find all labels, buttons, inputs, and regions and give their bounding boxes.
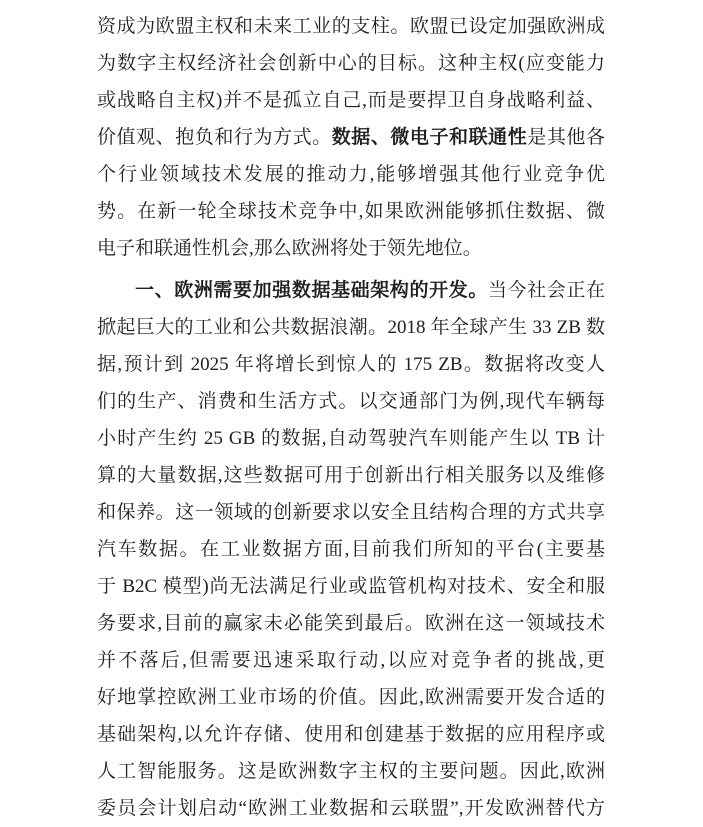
text-line: 和保养。这一领域的创新要求以安全且结构合理的方式共享 [97, 494, 605, 531]
body-text: 务要求,目前的赢家未必能笑到最后。欧洲在这一领域技术 [97, 613, 605, 634]
document-page: 资成为欧盟主权和未来工业的支柱。欧盟已设定加强欧洲成为数字主权经济社会创新中心的… [0, 0, 703, 827]
text-line: 于 B2C 模型)尚无法满足行业或监管机构对技术、安全和服 [97, 568, 605, 605]
body-text: 于 B2C 模型)尚无法满足行业或监管机构对技术、安全和服 [97, 576, 605, 597]
text-line: 势。在新一轮全球技术竞争中,如果欧洲能够抓住数据、微 [97, 193, 605, 230]
body-text: 电子和联通性机会,那么欧洲将处于领先地位。 [97, 238, 482, 259]
text-line: 电子和联通性机会,那么欧洲将处于领先地位。 [97, 230, 605, 267]
body-text: 小时产生约 25 GB 的数据,自动驾驶汽车则能产生以 TB 计 [97, 428, 605, 449]
body-text: 和保养。这一领域的创新要求以安全且结构合理的方式共享 [97, 502, 605, 523]
text-line: 汽车数据。在工业数据方面,目前我们所知的平台(主要基 [97, 531, 605, 568]
body-text: 价值观、抱负和行为方式。 [97, 127, 332, 148]
text-line: 一、欧洲需要加强数据基础架构的开发。当今社会正在 [97, 272, 605, 309]
body-text: 或战略自主权)并不是孤立自己,而是要捍卫自身战略利益、 [97, 90, 605, 111]
paragraph: 一、欧洲需要加强数据基础架构的开发。当今社会正在掀起巨大的工业和公共数据浪潮。2… [97, 272, 605, 827]
text-line: 或战略自主权)并不是孤立自己,而是要捍卫自身战略利益、 [97, 82, 605, 119]
body-text: 是其他各 [527, 127, 605, 148]
body-text: 并不落后,但需要迅速采取行动,以应对竞争者的挑战,更 [97, 650, 605, 671]
text-line: 掀起巨大的工业和公共数据浪潮。2018 年全球产生 33 ZB 数 [97, 309, 605, 346]
body-text: 当今社会正在 [488, 280, 605, 301]
text-line: 人工智能服务。这是欧洲数字主权的主要问题。因此,欧洲 [97, 753, 605, 790]
body-text: 据,预计到 2025 年将增长到惊人的 175 ZB。数据将改变人 [97, 354, 605, 375]
text-line: 并不落后,但需要迅速采取行动,以应对竞争者的挑战,更 [97, 642, 605, 679]
text-line: 务要求,目前的赢家未必能笑到最后。欧洲在这一领域技术 [97, 605, 605, 642]
paragraph: 资成为欧盟主权和未来工业的支柱。欧盟已设定加强欧洲成为数字主权经济社会创新中心的… [97, 8, 605, 267]
body-text: 好地掌控欧洲工业市场的价值。因此,欧洲需要开发合适的 [97, 687, 605, 708]
body-text: 掀起巨大的工业和公共数据浪潮。2018 年全球产生 33 ZB 数 [97, 317, 605, 338]
body-text: 委员会计划启动“欧洲工业数据和云联盟”,开发欧洲替代方 [97, 798, 605, 819]
body-text: 为数字主权经济社会创新中心的目标。这种主权(应变能力 [97, 53, 605, 74]
body-text: 们的生产、消费和生活方式。以交通部门为例,现代车辆每 [97, 391, 605, 412]
body-text: 势。在新一轮全球技术竞争中,如果欧洲能够抓住数据、微 [97, 201, 605, 222]
text-line: 资成为欧盟主权和未来工业的支柱。欧盟已设定加强欧洲成 [97, 8, 605, 45]
text-line: 基础架构,以允许存储、使用和创建基于数据的应用程序或 [97, 716, 605, 753]
text-line: 价值观、抱负和行为方式。数据、微电子和联通性是其他各 [97, 119, 605, 156]
text-line: 据,预计到 2025 年将增长到惊人的 175 ZB。数据将改变人 [97, 346, 605, 383]
text-line: 为数字主权经济社会创新中心的目标。这种主权(应变能力 [97, 45, 605, 82]
text-line: 算的大量数据,这些数据可用于创新出行相关服务以及维修 [97, 457, 605, 494]
body-text: 汽车数据。在工业数据方面,目前我们所知的平台(主要基 [97, 539, 605, 560]
text-line: 好地掌控欧洲工业市场的价值。因此,欧洲需要开发合适的 [97, 679, 605, 716]
text-line: 小时产生约 25 GB 的数据,自动驾驶汽车则能产生以 TB 计 [97, 420, 605, 457]
body-text: 算的大量数据,这些数据可用于创新出行相关服务以及维修 [97, 465, 605, 486]
document-body: 资成为欧盟主权和未来工业的支柱。欧盟已设定加强欧洲成为数字主权经济社会创新中心的… [0, 0, 703, 827]
bold-text: 数据、微电子和联通性 [332, 127, 528, 148]
text-line: 们的生产、消费和生活方式。以交通部门为例,现代车辆每 [97, 383, 605, 420]
body-text: 基础架构,以允许存储、使用和创建基于数据的应用程序或 [97, 724, 605, 745]
text-line: 委员会计划启动“欧洲工业数据和云联盟”,开发欧洲替代方 [97, 790, 605, 827]
bold-text: 一、欧洲需要加强数据基础架构的开发。 [135, 280, 488, 301]
body-text: 人工智能服务。这是欧洲数字主权的主要问题。因此,欧洲 [97, 761, 605, 782]
body-text: 资成为欧盟主权和未来工业的支柱。欧盟已设定加强欧洲成 [97, 16, 605, 37]
text-line: 个行业领域技术发展的推动力,能够增强其他行业竞争优 [97, 156, 605, 193]
body-text: 个行业领域技术发展的推动力,能够增强其他行业竞争优 [97, 164, 605, 185]
